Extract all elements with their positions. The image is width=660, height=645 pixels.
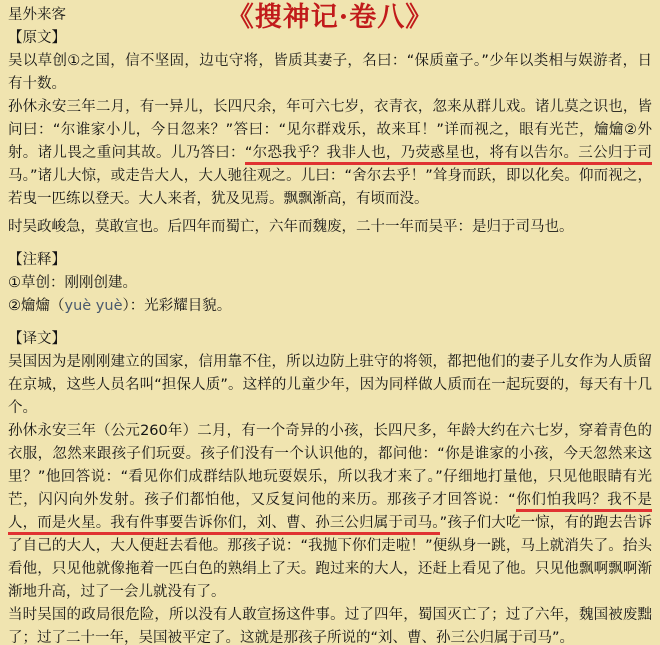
translation-section-label: 【译文】 xyxy=(8,328,652,351)
original-paragraph-3: 时吴政峻急，莫敢宣也。后四年而蜀亡，六年而魏废，二十一年而吴平：是归于司马也。 xyxy=(8,216,652,239)
annotations-section-label: 【注释】 xyxy=(8,249,652,272)
original-underlined-prophecy: “尔恐我乎？我非人也，乃荧惑星也，将有以告尔。三公归于司 xyxy=(245,145,652,165)
translation-section: 【译文】 吴国因为是刚刚建立的国家，信用靠不住，所以边防上驻守的将领，都把他们的… xyxy=(8,328,652,645)
original-paragraph-2: 孙休永安三年二月，有一异儿，长四尺余，年可六七岁，衣青衣，忽来从群儿戏。诸儿莫之… xyxy=(8,96,652,211)
document-page: 《搜神记·卷八》 星外来客 【原文】 吴以草创①之国，信不坚固，边屯守将，皆质其… xyxy=(0,0,660,645)
translation-paragraph-2: 孙休永安三年（公元260年）二月，有一个奇异的小孩，长四尺多，年龄大约在六七岁，… xyxy=(8,420,652,604)
translation-paragraph-1: 吴国因为是刚刚建立的国家，信用靠不住，所以边防上驻守的将领，都把他们的妻子儿女作… xyxy=(8,351,652,420)
translation-paragraph-3: 当时吴国的政局很危险，所以没有人敢宣扬这件事。过了四年，蜀国灭亡了；过了六年，魏… xyxy=(8,604,652,645)
annotation-item-2-post: ）：光彩耀目貌。 xyxy=(123,298,232,314)
annotation-item-2-pre: ②爚爚（ xyxy=(8,298,65,314)
annotation-item-1: ①草创：刚刚创建。 xyxy=(8,272,652,295)
original-paragraph-2-post: 马。”诸儿大惊，或走告大人，大人驰往观之。儿曰：“舍尔去乎！”耸身而跃，即以化矣… xyxy=(8,168,652,207)
original-paragraph-1: 吴以草创①之国，信不坚固，边屯守将，皆质其妻子，名曰：“保质童子。”少年以类相与… xyxy=(8,50,652,96)
original-text-section: 【原文】 吴以草创①之国，信不坚固，边屯守将，皆质其妻子，名曰：“保质童子。”少… xyxy=(8,27,652,239)
page-title: 《搜神记·卷八》 xyxy=(0,2,660,34)
annotations-section: 【注释】 ①草创：刚刚创建。 ②爚爚（yuè yuè）：光彩耀目貌。 xyxy=(8,249,652,318)
annotation-item-2: ②爚爚（yuè yuè）：光彩耀目貌。 xyxy=(8,295,652,318)
annotation-pinyin: yuè yuè xyxy=(65,298,123,314)
